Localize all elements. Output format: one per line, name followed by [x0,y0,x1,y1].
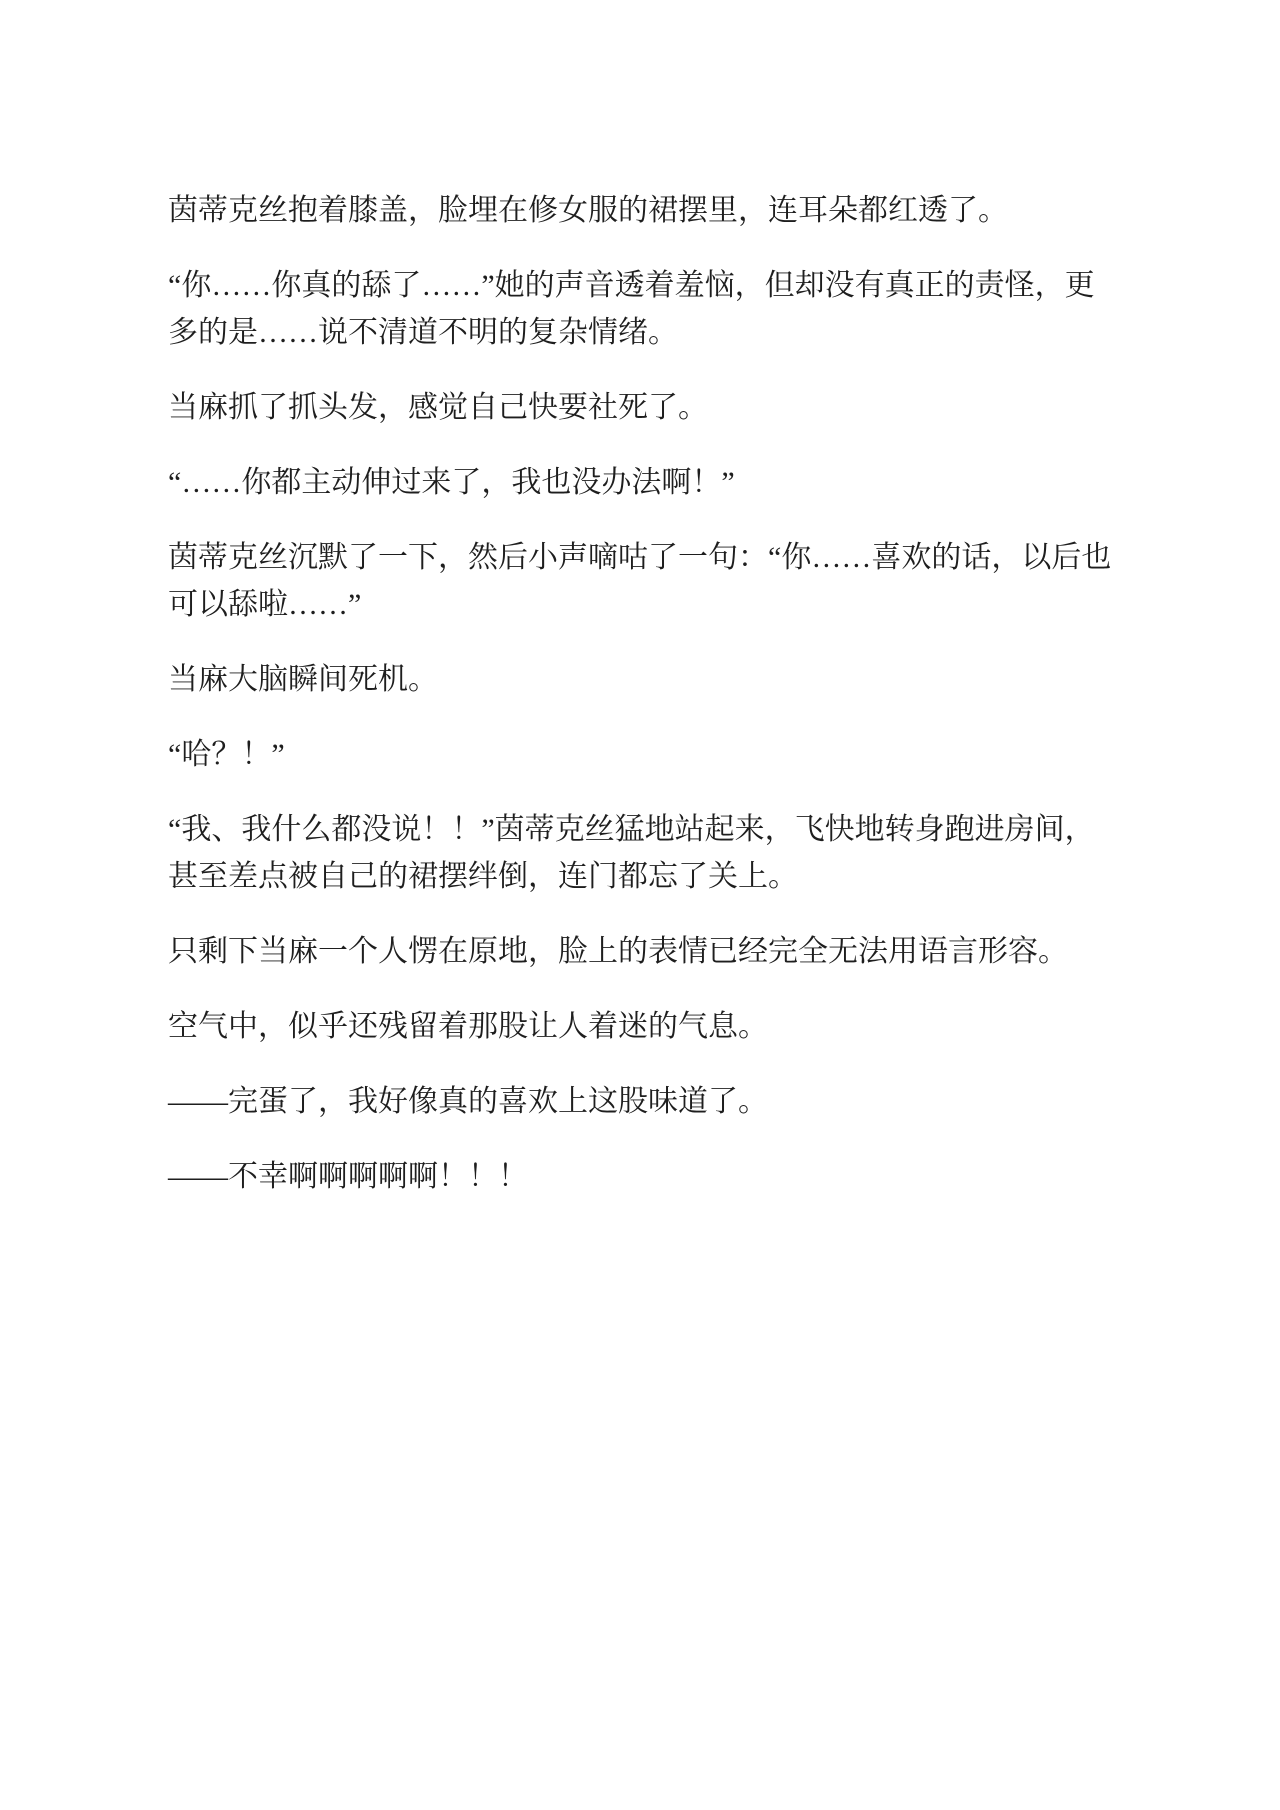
document-page: 茵蒂克丝抱着膝盖，脸埋在修女服的裙摆里，连耳朵都红透了。“你……你真的舔了……”… [0,0,1280,1810]
paragraph: ——完蛋了，我好像真的喜欢上这股味道了。 [168,1078,1116,1125]
paragraph: “……你都主动伸过来了，我也没办法啊！” [168,459,1116,506]
paragraph: 茵蒂克丝抱着膝盖，脸埋在修女服的裙摆里，连耳朵都红透了。 [168,187,1116,234]
paragraph: ——不幸啊啊啊啊啊！！！ [168,1153,1116,1200]
story-text-block: 茵蒂克丝抱着膝盖，脸埋在修女服的裙摆里，连耳朵都红透了。“你……你真的舔了……”… [168,187,1116,1200]
paragraph: 茵蒂克丝沉默了一下，然后小声嘀咕了一句：“你……喜欢的话，以后也可以舔啦……” [168,534,1116,628]
paragraph: 空气中，似乎还残留着那股让人着迷的气息。 [168,1003,1116,1050]
paragraph: “哈？！” [168,731,1116,778]
paragraph: “你……你真的舔了……”她的声音透着羞恼，但却没有真正的责怪，更多的是……说不清… [168,262,1116,356]
paragraph: 当麻抓了抓头发，感觉自己快要社死了。 [168,384,1116,431]
paragraph: 当麻大脑瞬间死机。 [168,656,1116,703]
paragraph: 只剩下当麻一个人愣在原地，脸上的表情已经完全无法用语言形容。 [168,928,1116,975]
paragraph: “我、我什么都没说！！”茵蒂克丝猛地站起来，飞快地转身跑进房间，甚至差点被自己的… [168,806,1116,900]
